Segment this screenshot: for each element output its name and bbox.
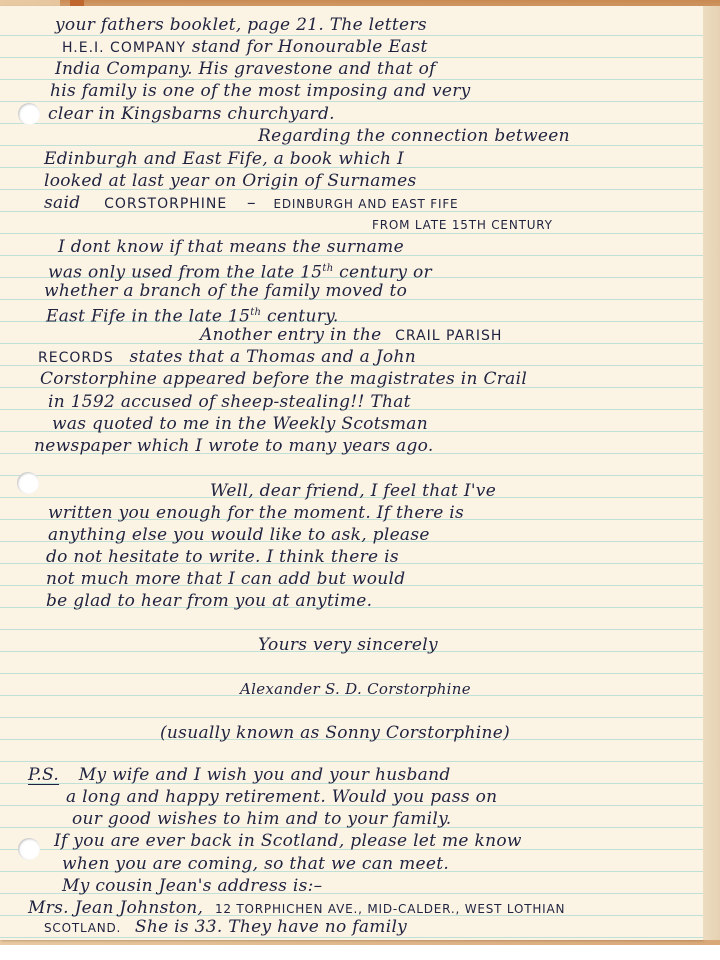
p3-line-4-sup: th <box>250 307 261 318</box>
p1-line-1: your fathers booklet, page 21. The lette… <box>55 14 427 36</box>
postscript-line-6: My cousin Jean's address is:– <box>62 875 322 897</box>
p4-line-2-b: states that a Thomas and a John <box>129 347 415 367</box>
p4-line-2: RECORDS states that a Thomas and a John <box>38 346 416 369</box>
p5-line-5: not much more that I can add but would <box>46 568 405 590</box>
surname-origin-place: EDINBURGH AND EAST FIFE <box>273 197 458 211</box>
closing-salutation: Yours very sincerely <box>258 634 438 656</box>
signature-nickname: (usually known as Sonny Corstorphine) <box>160 722 510 744</box>
address-line-2: SCOTLAND. She is 33. They have no family <box>44 916 407 939</box>
address-note: She is 33. They have no family <box>135 917 407 937</box>
surname-origin-date: FROM LATE 15TH CENTURY <box>372 214 553 236</box>
p4-line-6: newspaper which I wrote to many years ag… <box>34 435 434 457</box>
p5-line-4: do not hesitate to write. I think there … <box>46 546 399 568</box>
postscript-line-1: P.S. My wife and I wish you and your hus… <box>28 764 451 786</box>
surname-caps: CORSTORPHINE <box>104 196 227 212</box>
page-edge <box>703 6 720 940</box>
p5-line-1: Well, dear friend, I feel that I've <box>210 480 496 502</box>
postscript-line-5: when you are coming, so that we can meet… <box>62 853 449 875</box>
address-street: 12 TORPHICHEN AVE., MID-CALDER., WEST LO… <box>215 902 565 916</box>
p3-line-1: I dont know if that means the surname <box>58 236 404 258</box>
quote-dash: – <box>247 193 256 213</box>
postscript-line-2: a long and happy retirement. Would you p… <box>66 786 497 808</box>
p2-line-3: looked at last year on Origin of Surname… <box>44 170 417 192</box>
p1-line-4: his family is one of the most imposing a… <box>50 80 471 102</box>
p4-line-1-a: Another entry in the <box>200 325 381 345</box>
records-caps: RECORDS <box>38 350 114 366</box>
p2-line-4: said CORSTORPHINE – EDINBURGH AND EAST F… <box>44 192 458 215</box>
p2-line-2: Edinburgh and East Fife, a book which I <box>44 148 404 170</box>
p4-line-4: in 1592 accused of sheep-stealing!! That <box>48 391 411 413</box>
p1-line-2: H.E.I. COMPANY stand for Honourable East <box>62 36 428 59</box>
punch-hole-top <box>18 103 40 125</box>
p4-line-5: was quoted to me in the Weekly Scotsman <box>52 413 428 435</box>
ps-text-1: My wife and I wish you and your husband <box>79 765 451 785</box>
said-word: said <box>44 193 80 213</box>
signature: Alexander S. D. Corstorphine <box>240 678 471 700</box>
address-country: SCOTLAND. <box>44 921 121 935</box>
p2-line-1: Regarding the connection between <box>258 125 570 147</box>
p5-line-6: be glad to hear from you at anytime. <box>46 590 372 612</box>
punch-hole-middle <box>17 472 39 494</box>
postscript-line-3: our good wishes to him and to your famil… <box>72 808 452 830</box>
p1-line-3: India Company. His gravestone and that o… <box>55 58 436 80</box>
p5-line-3: anything else you would like to ask, ple… <box>48 524 430 546</box>
p3-line-3: whether a branch of the family moved to <box>44 280 407 302</box>
crail-parish-caps: CRAIL PARISH <box>395 328 502 344</box>
p3-line-2-sup: th <box>322 263 333 274</box>
company-abbrev: H.E.I. COMPANY <box>62 40 186 56</box>
p4-line-1: Another entry in the CRAIL PARISH <box>200 324 502 347</box>
address-name: Mrs. Jean Johnston, <box>28 898 203 918</box>
p1-line-5: clear in Kingsbarns churchyard. <box>48 103 335 125</box>
p1-line-2-rest: stand for Honourable East <box>192 37 428 57</box>
p5-line-2: written you enough for the moment. If th… <box>48 502 464 524</box>
punch-hole-bottom <box>18 838 40 860</box>
ps-label: P.S. <box>28 765 59 785</box>
p4-line-3: Corstorphine appeared before the magistr… <box>40 368 527 390</box>
postscript-line-4: If you are ever back in Scotland, please… <box>54 830 522 852</box>
